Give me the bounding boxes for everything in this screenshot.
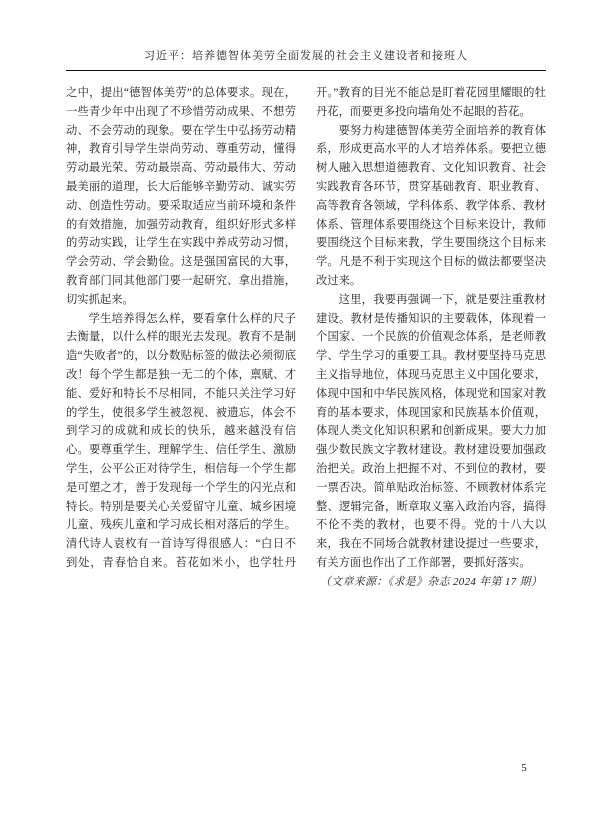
paragraph-education-system: 要努力构建德智体美劳全面培养的教育体系，形成更高水平的人才培养体系。要把立德树人… xyxy=(316,122,546,291)
paragraph-labor-education: 之中，提出“德智体美劳”的总体要求。现在，一些青少年中出现了不珍惜劳动成果、不想… xyxy=(66,84,296,310)
source-note: （文章来源：《求是》杂志 2024 年第 17 期） xyxy=(316,573,546,592)
running-header-title: 习近平：培养德智体美劳全面发展的社会主义建设者和接班人 xyxy=(66,47,546,63)
page-number: 5 xyxy=(514,762,534,774)
document-page: 习近平：培养德智体美劳全面发展的社会主义建设者和接班人 之中，提出“德智体美劳”… xyxy=(0,0,612,839)
paragraph-textbook-construction: 这里，我要再强调一下，就是要注重教材建设。教材是传播知识的主要载体，体现着一个国… xyxy=(316,291,546,573)
header-rule xyxy=(66,70,546,71)
article-body: 之中，提出“德智体美劳”的总体要求。现在，一些青少年中出现了不珍惜劳动成果、不想… xyxy=(66,84,546,592)
